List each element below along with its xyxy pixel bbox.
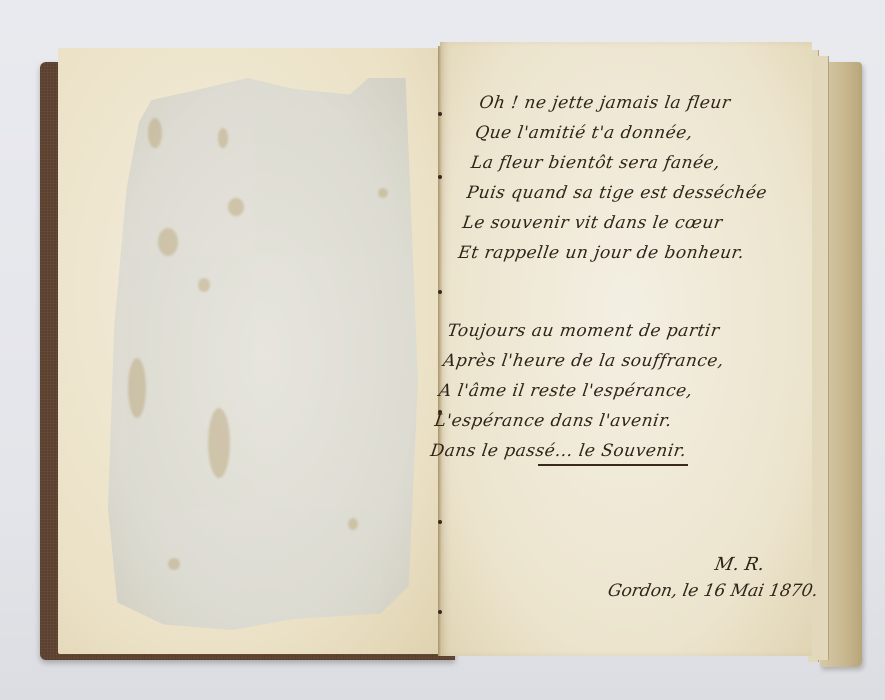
- poem-line: Dans le passé... le Souvenir.: [428, 436, 782, 466]
- open-book: Oh ! ne jette jamais la fleur Que l'amit…: [0, 0, 885, 700]
- book-gutter: [438, 46, 442, 656]
- poem-stanza-1: Oh ! ne jette jamais la fleur Que l'amit…: [456, 88, 831, 268]
- poem-line: Le souvenir vit dans le cœur: [460, 208, 814, 238]
- binding-stitch: [438, 112, 442, 116]
- poem-stanza-2: Toujours au moment de partir Après l'heu…: [428, 316, 799, 466]
- poem-line: Après l'heure de la souffrance,: [441, 346, 795, 376]
- poem-line: A l'âme il reste l'espérance,: [437, 376, 791, 406]
- binding-stitch: [438, 290, 442, 294]
- binding-stitch: [438, 520, 442, 524]
- poem-line: Et rappelle un jour de bonheur.: [456, 238, 810, 268]
- poem-line: La fleur bientôt sera fanée,: [469, 148, 823, 178]
- tissue-paper-sheet: [108, 78, 418, 630]
- poem-line: Oh ! ne jette jamais la fleur: [477, 88, 831, 118]
- place-and-date: Gordon, le 16 Mai 1870.: [606, 581, 819, 601]
- binding-stitch: [438, 175, 442, 179]
- handwritten-poem: Oh ! ne jette jamais la fleur Que l'amit…: [428, 88, 831, 466]
- poem-line: Toujours au moment de partir: [445, 316, 799, 346]
- poem-line: Que l'amitié t'a donnée,: [473, 118, 827, 148]
- poem-line: L'espérance dans l'avenir.: [433, 406, 787, 436]
- binding-stitch: [438, 610, 442, 614]
- ink-divider-line: [538, 464, 688, 466]
- signature-initials: M. R.: [713, 554, 766, 575]
- poem-line: Puis quand sa tige est desséchée: [465, 178, 819, 208]
